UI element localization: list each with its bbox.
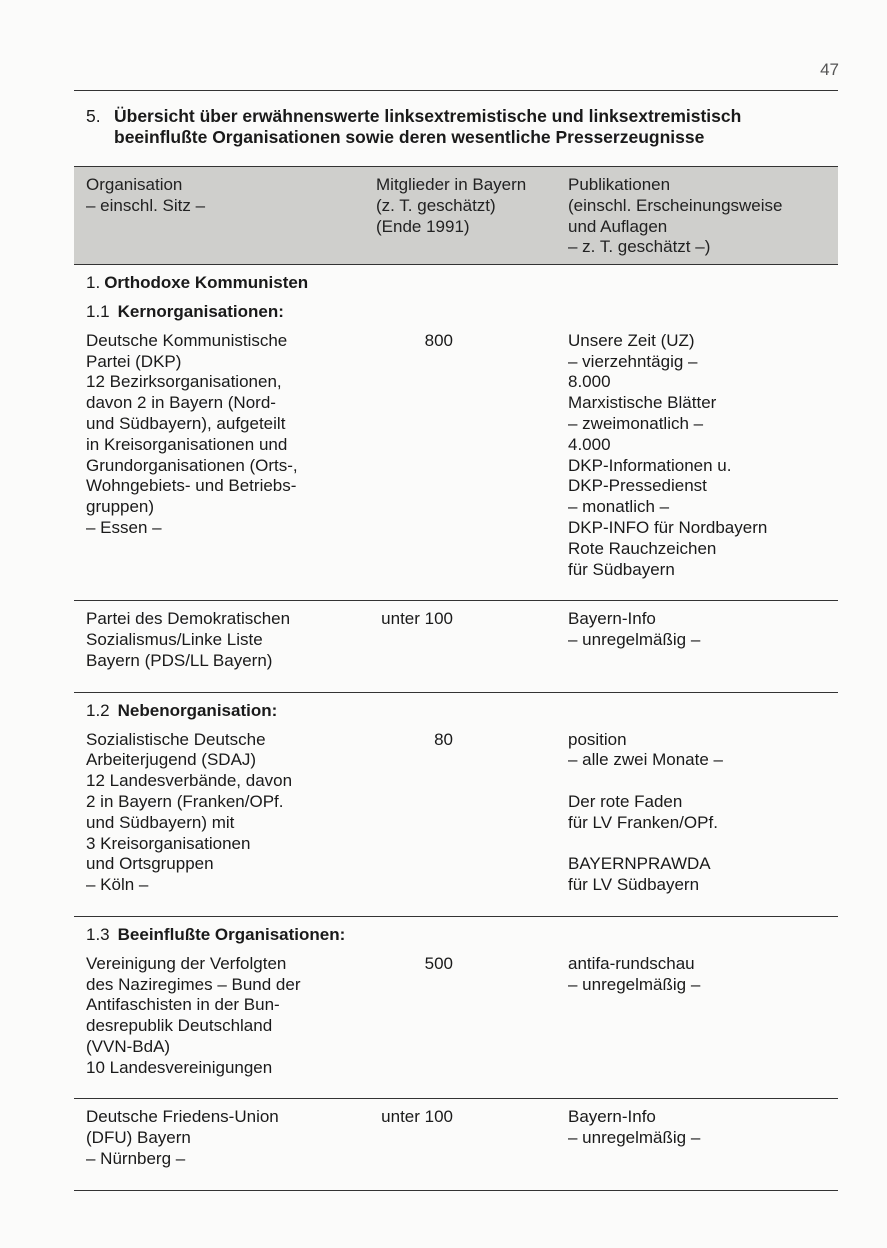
table-row: Deutsche Friedens-Union (DFU) Bayern – N… [74, 1099, 838, 1189]
cell-organisation: Deutsche Kommunistische Partei (DKP) 12 … [74, 331, 376, 581]
section-heading: 1.2Nebenorganisation: [74, 693, 838, 722]
cell-organisation: Vereinigung der Verfolgten des Naziregim… [74, 954, 376, 1079]
cell-members: unter 100 [376, 1107, 568, 1169]
section-heading: 1.Orthodoxe Kommunisten [74, 265, 838, 294]
section-heading: 1.1Kernorganisationen: [74, 294, 838, 323]
section-number: 1.2 [86, 701, 110, 722]
cell-publications: Bayern-Info – unregelmäßig – [568, 1107, 838, 1169]
cell-members: 500 [376, 954, 568, 1079]
header-members: Mitglieder in Bayern (z. T. geschätzt) (… [376, 175, 568, 258]
section-number: 1.3 [86, 925, 110, 946]
cell-organisation: Sozialistische Deutsche Arbeiterjugend (… [74, 730, 376, 896]
section-heading: 1.3Beeinflußte Organisationen: [74, 917, 838, 946]
section-label: Nebenorganisation: [118, 701, 278, 720]
table-row: Partei des Demokratischen Sozialismus/Li… [74, 601, 838, 691]
section-number: 1.1 [86, 302, 110, 323]
section-title: 5. Übersicht über erwähnenswerte linksex… [86, 106, 826, 148]
section-title-text: Übersicht über erwähnenswerte linksextre… [114, 106, 826, 148]
table-row: Deutsche Kommunistische Partei (DKP) 12 … [74, 323, 838, 601]
cell-members: 80 [376, 730, 568, 896]
header-publications: Publikationen (einschl. Erscheinungsweis… [568, 175, 838, 258]
section-title-number: 5. [86, 106, 101, 127]
table-row: Sozialistische Deutsche Arbeiterjugend (… [74, 722, 838, 916]
cell-organisation: Deutsche Friedens-Union (DFU) Bayern – N… [74, 1107, 376, 1169]
section-label: Kernorganisationen: [118, 302, 284, 321]
top-rule [74, 90, 838, 91]
section-label: Orthodoxe Kommunisten [104, 273, 308, 292]
organisations-table: Organisation – einschl. Sitz – Mitgliede… [74, 166, 838, 1191]
page-number: 47 [820, 60, 839, 80]
table-row: Vereinigung der Verfolgten des Naziregim… [74, 946, 838, 1099]
cell-members: 800 [376, 331, 568, 581]
row-divider [74, 1190, 838, 1191]
section-label: Beeinflußte Organisationen: [118, 925, 346, 944]
cell-members: unter 100 [376, 609, 568, 671]
cell-publications: Unsere Zeit (UZ) – vierzehntägig – 8.000… [568, 331, 838, 581]
cell-publications: position – alle zwei Monate – Der rote F… [568, 730, 838, 896]
cell-organisation: Partei des Demokratischen Sozialismus/Li… [74, 609, 376, 671]
section-number: 1. [86, 273, 100, 294]
cell-publications: antifa-rundschau – unregelmäßig – [568, 954, 838, 1079]
table-header: Organisation – einschl. Sitz – Mitgliede… [74, 166, 838, 265]
cell-publications: Bayern-Info – unregelmäßig – [568, 609, 838, 671]
header-organisation: Organisation – einschl. Sitz – [74, 175, 376, 258]
